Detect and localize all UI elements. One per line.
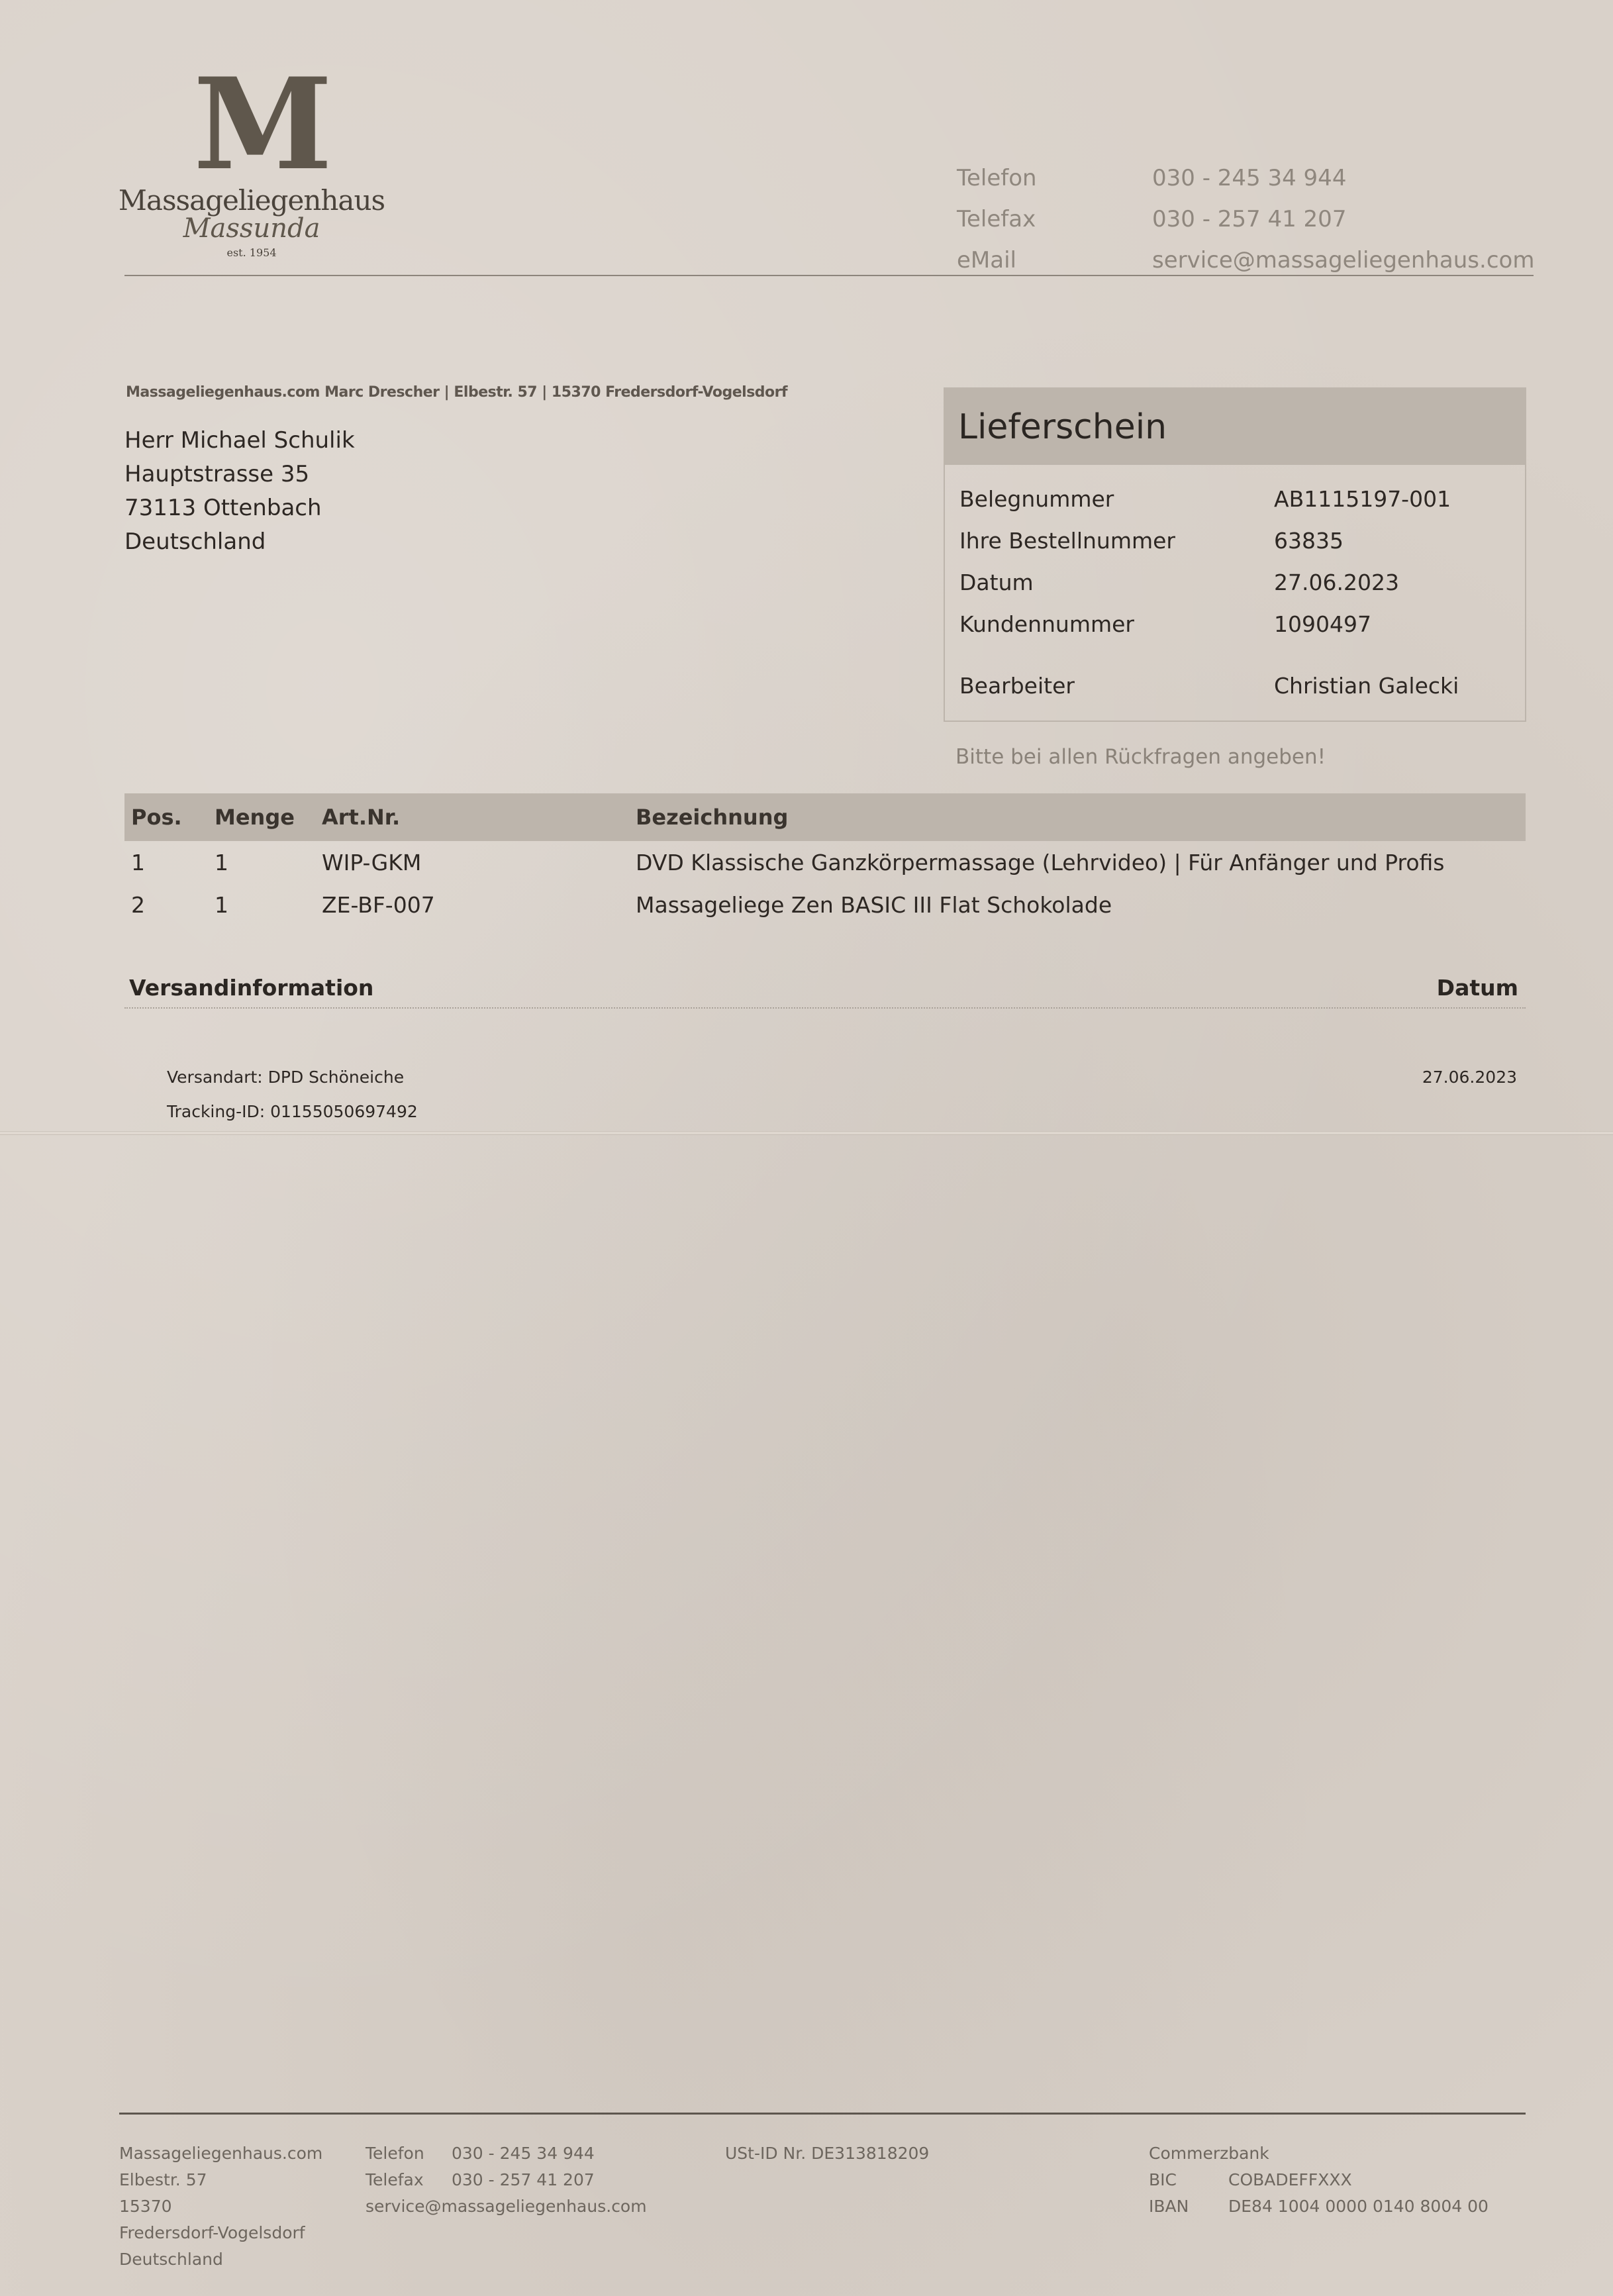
- header-divider: [124, 275, 1534, 276]
- footer-line: Deutschland: [119, 2246, 322, 2273]
- footer-bic: COBADEFFXXX: [1228, 2167, 1352, 2193]
- field-value: 1090497: [1274, 611, 1371, 637]
- footer-contact: Telefon030 - 245 34 944 Telefax030 - 257…: [366, 2140, 647, 2220]
- sender-return-address: Massageliegenhaus.com Marc Drescher | El…: [126, 384, 787, 401]
- paper-fold: [0, 1131, 1613, 1135]
- field-datum: Datum27.06.2023: [959, 562, 1525, 603]
- email-value: service@massageliegenhaus.com: [1152, 247, 1534, 274]
- shipping-heading: Versandinformation: [129, 975, 373, 1001]
- recipient-name: Herr Michael Schulik: [124, 424, 355, 458]
- fax-value: 030 - 257 41 207: [1152, 206, 1346, 232]
- footer-iban: DE84 1004 0000 0140 8004 00: [1228, 2193, 1489, 2220]
- field-label: Belegnummer: [959, 486, 1274, 512]
- phone-value: 030 - 245 34 944: [1152, 165, 1346, 191]
- footer-company: Massageliegenhaus.com Elbestr. 57 15370 …: [119, 2140, 322, 2273]
- email-label: eMail: [957, 247, 1152, 274]
- footer-bank-name: Commerzbank: [1149, 2140, 1489, 2167]
- shipping-date: 27.06.2023: [1422, 1068, 1517, 1087]
- footer-divider: [119, 2113, 1526, 2115]
- footer-fax: 030 - 257 41 207: [452, 2167, 595, 2193]
- footer-line: Massageliegenhaus.com: [119, 2140, 322, 2167]
- recipient-city: 73113 Ottenbach: [124, 491, 355, 525]
- cell-bez: DVD Klassische Ganzkörpermassage (Lehrvi…: [636, 850, 1526, 875]
- field-value: Christian Galecki: [1274, 673, 1459, 699]
- recipient-country: Deutschland: [124, 525, 355, 559]
- logo-company-name: Massageliegenhaus: [113, 184, 391, 217]
- document-info-box: Lieferschein BelegnummerAB1115197-001 Ih…: [944, 387, 1526, 722]
- footer-bic-label: BIC: [1149, 2167, 1228, 2193]
- footer-line: Fredersdorf-Vogelsdorf: [119, 2220, 322, 2246]
- shipping-divider: [124, 1007, 1526, 1009]
- tracking-id: Tracking-ID: 01155050697492: [167, 1102, 418, 1121]
- cell-pos: 2: [124, 892, 215, 918]
- phone-label: Telefon: [957, 165, 1152, 191]
- fax-label: Telefax: [957, 206, 1152, 232]
- footer-bank: Commerzbank BICCOBADEFFXXX IBANDE84 1004…: [1149, 2140, 1489, 2220]
- footer-email: service@massageliegenhaus.com: [366, 2193, 647, 2220]
- shipping-date-heading: Datum: [1437, 975, 1518, 1001]
- footer-iban-label: IBAN: [1149, 2193, 1228, 2220]
- field-bestellnummer: Ihre Bestellnummer63835: [959, 520, 1525, 562]
- footer-phone-label: Telefon: [366, 2140, 452, 2167]
- cell-pos: 1: [124, 850, 215, 875]
- reference-hint: Bitte bei allen Rückfragen angeben!: [955, 745, 1326, 769]
- header-contact: Telefon030 - 245 34 944 Telefax030 - 257…: [957, 158, 1534, 281]
- footer-vat: USt-ID Nr. DE313818209: [725, 2140, 929, 2167]
- recipient-street: Hauptstrasse 35: [124, 458, 355, 491]
- header-pos: Pos.: [124, 805, 215, 830]
- cell-menge: 1: [215, 850, 322, 875]
- field-bearbeiter: BearbeiterChristian Galecki: [959, 665, 1525, 707]
- field-label: Kundennummer: [959, 611, 1274, 637]
- logo-established: est. 1954: [113, 246, 391, 259]
- header-bez: Bezeichnung: [636, 805, 1526, 830]
- field-belegnummer: BelegnummerAB1115197-001: [959, 478, 1525, 520]
- logo-monogram: M: [193, 72, 306, 177]
- cell-art: ZE-BF-007: [322, 892, 636, 918]
- field-value: 63835: [1274, 528, 1344, 554]
- logo-subtitle: Massunda: [113, 213, 391, 244]
- field-value: AB1115197-001: [1274, 486, 1451, 512]
- footer-phone: 030 - 245 34 944: [452, 2140, 595, 2167]
- cell-menge: 1: [215, 892, 322, 918]
- field-label: Datum: [959, 570, 1274, 595]
- footer-line: 15370: [119, 2193, 322, 2220]
- shipping-method: Versandart: DPD Schöneiche: [167, 1068, 404, 1087]
- footer-fax-label: Telefax: [366, 2167, 452, 2193]
- recipient-address: Herr Michael Schulik Hauptstrasse 35 731…: [124, 424, 355, 559]
- document-title: Lieferschein: [945, 389, 1525, 465]
- items-table: Pos. Menge Art.Nr. Bezeichnung 1 1 WIP-G…: [124, 793, 1526, 926]
- header-art: Art.Nr.: [322, 805, 636, 830]
- cell-bez: Massageliege Zen BASIC III Flat Schokola…: [636, 892, 1526, 918]
- table-row: 1 1 WIP-GKM DVD Klassische Ganzkörpermas…: [124, 841, 1526, 883]
- field-value: 27.06.2023: [1274, 570, 1399, 595]
- field-kundennummer: Kundennummer1090497: [959, 603, 1525, 645]
- footer-line: Elbestr. 57: [119, 2167, 322, 2193]
- table-header: Pos. Menge Art.Nr. Bezeichnung: [124, 793, 1526, 841]
- header-menge: Menge: [215, 805, 322, 830]
- field-label: Ihre Bestellnummer: [959, 528, 1274, 554]
- cell-art: WIP-GKM: [322, 850, 636, 875]
- table-row: 2 1 ZE-BF-007 Massageliege Zen BASIC III…: [124, 883, 1526, 926]
- field-label: Bearbeiter: [959, 673, 1274, 699]
